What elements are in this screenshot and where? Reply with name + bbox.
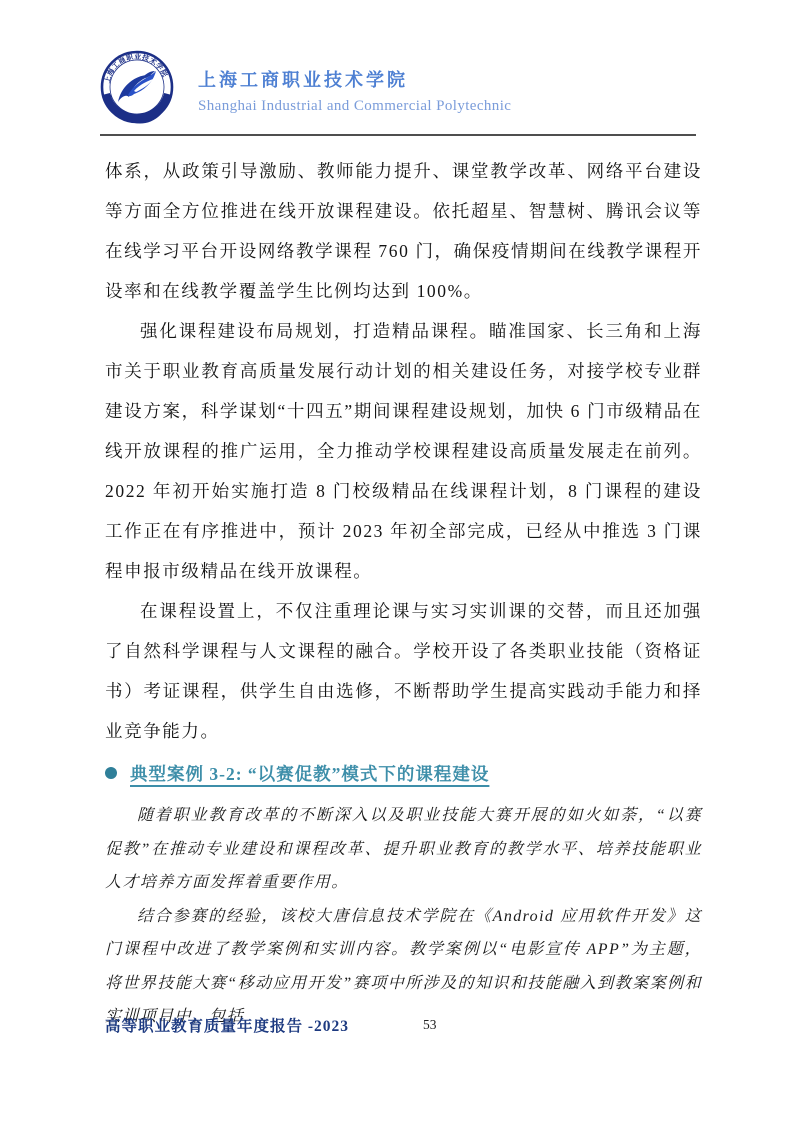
footer-report-title: 高等职业教育质量年度报告 -2023 (105, 1018, 349, 1035)
paragraph-course-planning: 强化课程建设布局规划，打造精品课程。瞄准国家、长三角和上海市关于职业教育高质量发… (105, 311, 702, 591)
school-name-zh: 上海工商职业技术学院 (198, 66, 511, 92)
case-study-heading: 典型案例 3-2: “以赛促教”模式下的课程建设 (105, 751, 702, 795)
header-divider (100, 134, 696, 136)
school-title-block: 上海工商职业技术学院 Shanghai Industrial and Comme… (198, 60, 511, 115)
report-page: 上海工商职业技术学院 SHANGHAI INDUSTRIAL & COMMERC… (0, 0, 793, 1122)
school-logo-icon: 上海工商职业技术学院 SHANGHAI INDUSTRIAL & COMMERC… (100, 50, 174, 124)
page-footer: 高等职业教育质量年度报告 -2023 53 (105, 1014, 702, 1044)
page-header: 上海工商职业技术学院 SHANGHAI INDUSTRIAL & COMMERC… (100, 50, 511, 124)
paragraph-continuation: 体系，从政策引导激励、教师能力提升、课堂教学改革、网络平台建设等方面全方位推进在… (105, 151, 702, 311)
page-body: 体系，从政策引导激励、教师能力提升、课堂教学改革、网络平台建设等方面全方位推进在… (105, 151, 702, 1034)
bullet-icon (105, 767, 117, 779)
case-paragraph-intro: 随着职业教育改革的不断深入以及职业技能大赛开展的如火如荼，“以赛促教”在推动专业… (105, 799, 702, 900)
school-name-en: Shanghai Industrial and Commercial Polyt… (198, 98, 511, 115)
case-study-heading-text: 典型案例 3-2: “以赛促教”模式下的课程建设 (130, 761, 489, 786)
page-number: 53 (423, 1017, 437, 1033)
paragraph-curriculum-mix: 在课程设置上，不仅注重理论课与实习实训课的交替，而且还加强了自然科学课程与人文课… (105, 591, 702, 751)
